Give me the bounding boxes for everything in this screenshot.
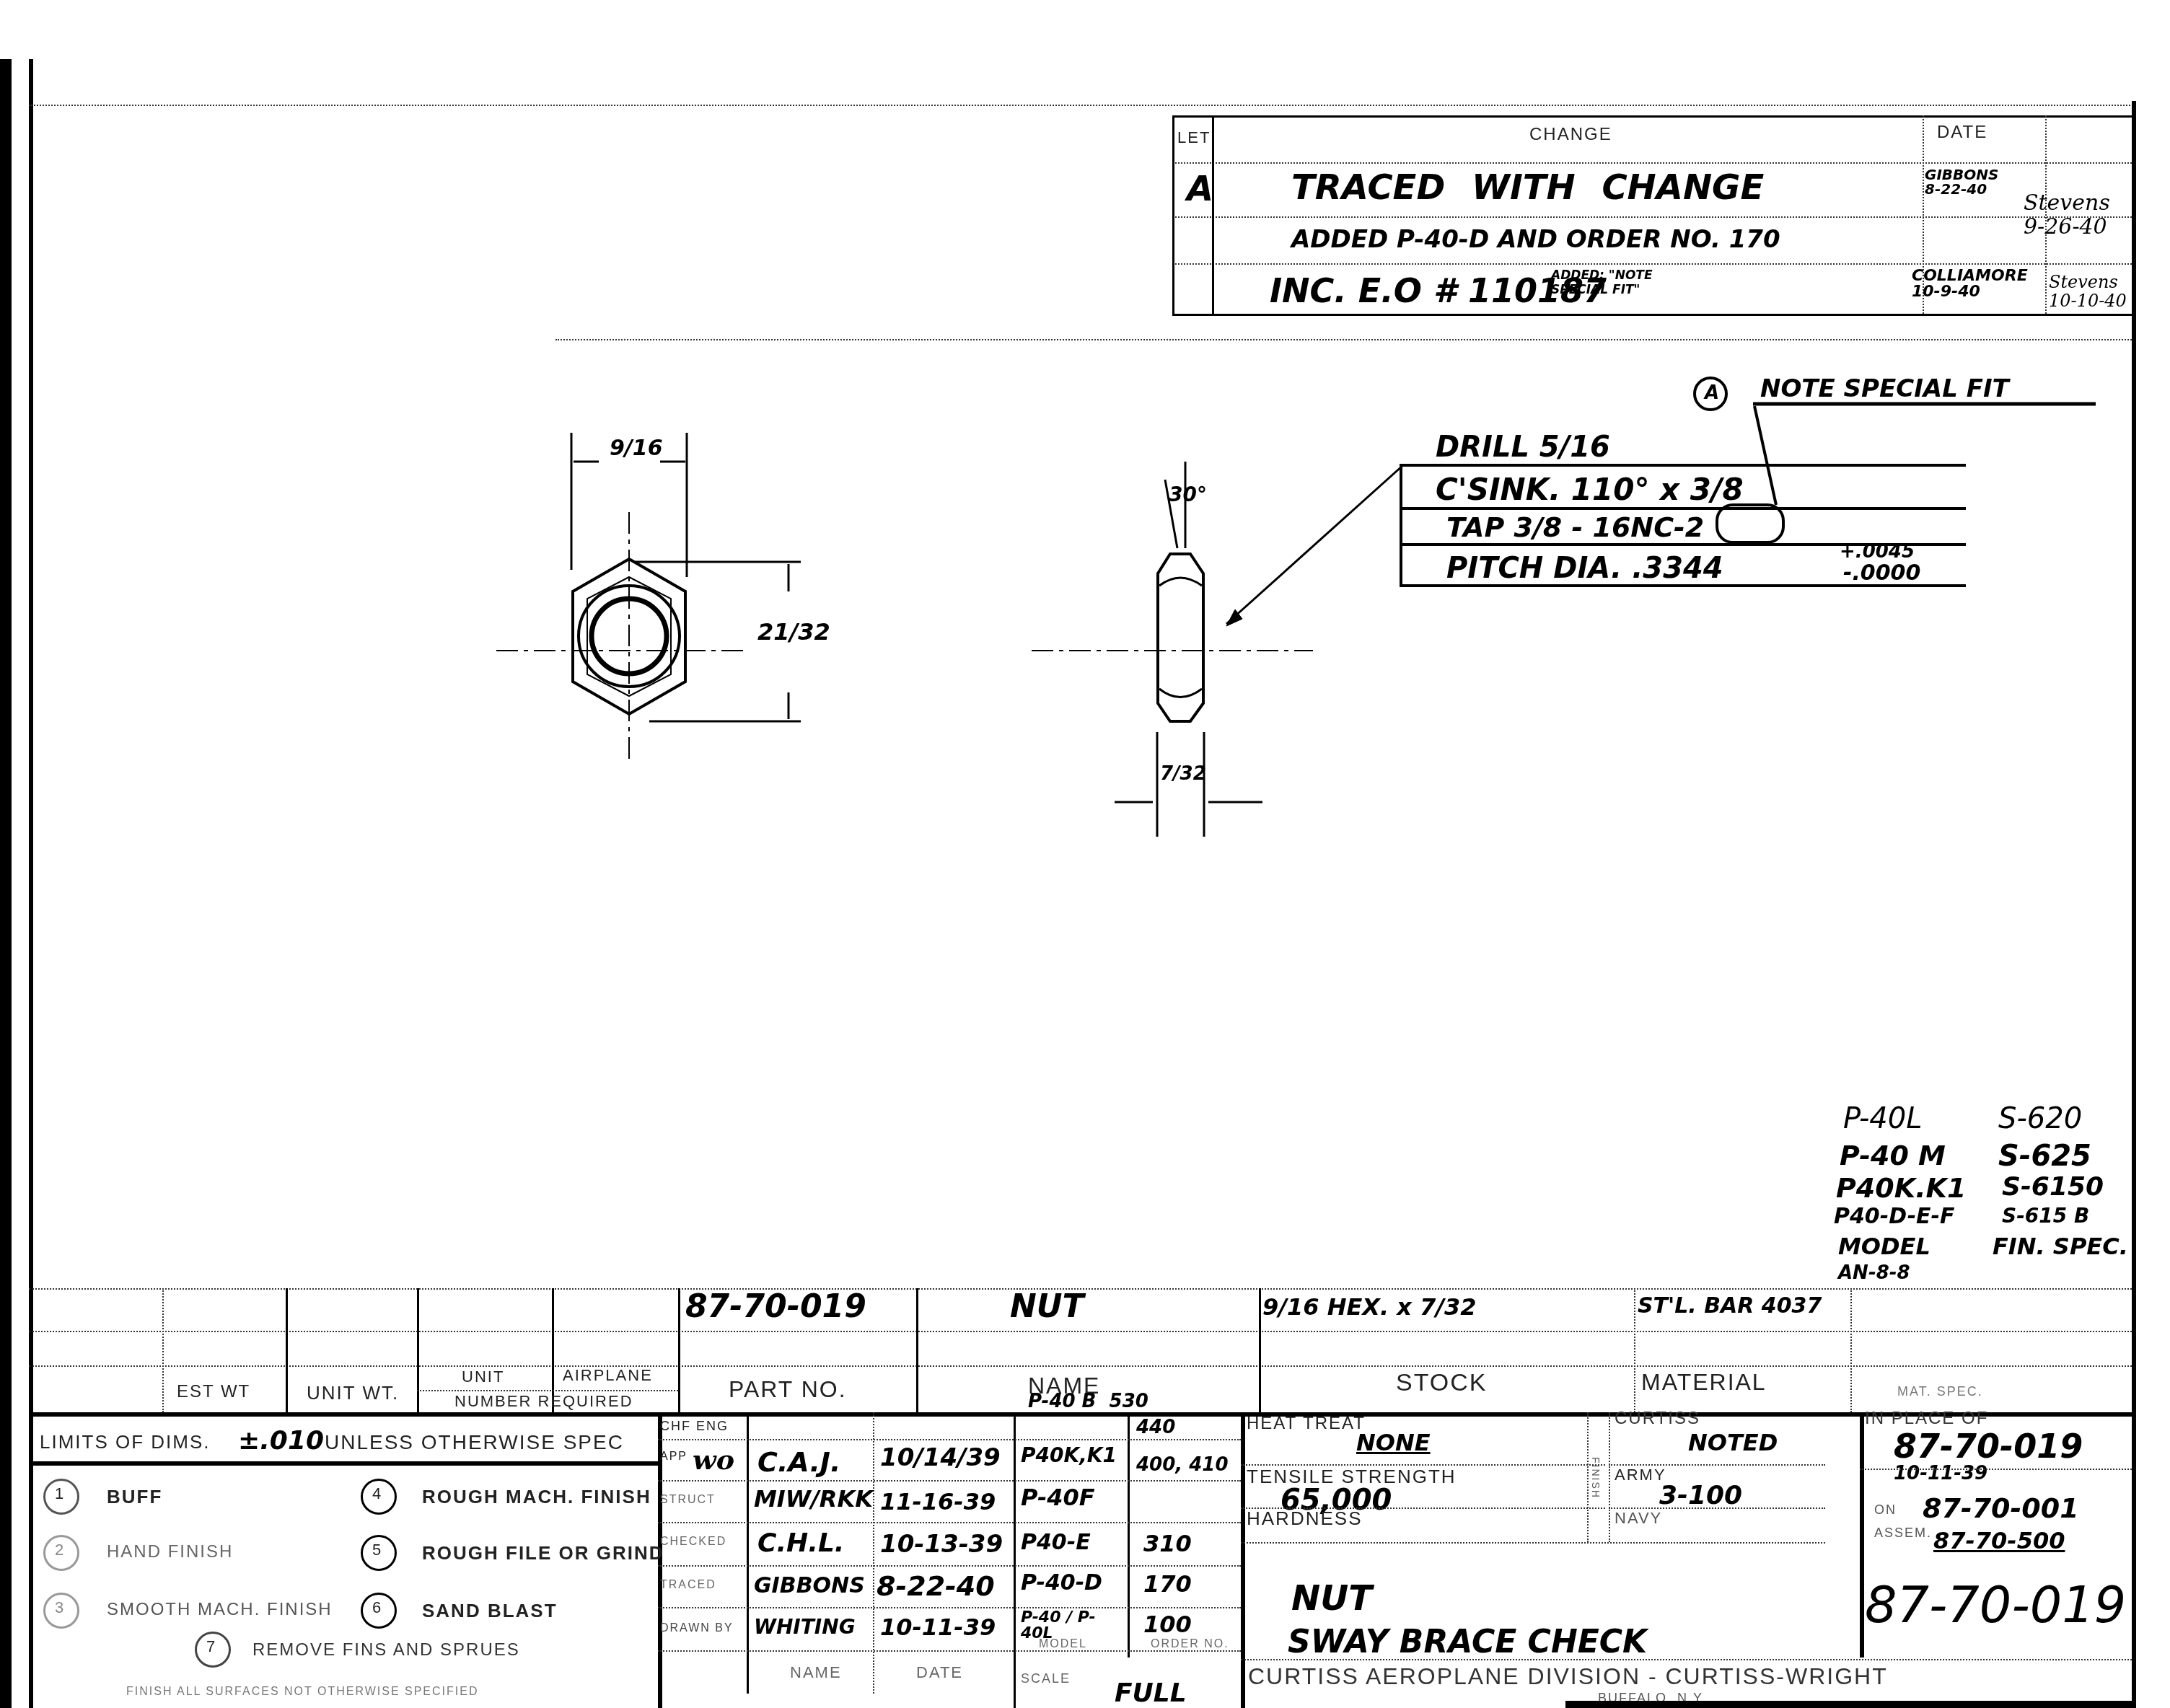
finish-num-6: 6 bbox=[372, 1600, 382, 1616]
limits-prefix: LIMITS OF DIMS. bbox=[40, 1432, 211, 1451]
used-on-label: ON bbox=[1874, 1503, 1897, 1516]
order-1: 440 bbox=[1136, 1418, 1237, 1437]
in-place-of-date: 10-11-39 bbox=[1894, 1464, 1987, 1483]
part-number-value: 87-70-019 bbox=[685, 1291, 866, 1323]
scale-label: SCALE bbox=[1021, 1672, 1071, 1685]
finish-label-3: SMOOTH MACH. FINISH bbox=[107, 1601, 333, 1619]
header-number-required: NUMBER REQUIRED bbox=[454, 1394, 633, 1409]
spec-row-2: S-625 bbox=[1998, 1142, 2091, 1171]
traced-date: 8-22-40 bbox=[877, 1572, 995, 1600]
callout-pitch-dia: PITCH DIA. .3344 bbox=[1446, 554, 1723, 583]
role-drawn-by: DRAWN BY bbox=[660, 1623, 734, 1634]
struct-name: MIW/RKK bbox=[754, 1487, 873, 1510]
dim-chamfer-30: 30° bbox=[1169, 485, 1207, 505]
finish-note: FINISH ALL SURFACES NOT OTHERWISE SPECIF… bbox=[126, 1686, 478, 1698]
header-est-wt: EST WT bbox=[177, 1383, 250, 1401]
curtiss-value: NOTED bbox=[1688, 1431, 1778, 1454]
header-airplane: AIRPLANE bbox=[563, 1368, 653, 1383]
navy-label: NAVY bbox=[1615, 1510, 1662, 1526]
dim-thickness-7-32: 7/32 bbox=[1160, 765, 1206, 783]
model-1: P40K,K1 bbox=[1021, 1445, 1117, 1466]
note-marker-a: A bbox=[1705, 384, 1719, 402]
army-value: 3-100 bbox=[1659, 1483, 1742, 1509]
finish-label-2: HAND FINISH bbox=[107, 1544, 233, 1561]
footer-date: DATE bbox=[916, 1665, 963, 1681]
note-special-fit: NOTE SPECIAL FIT bbox=[1760, 377, 2009, 401]
finish-vertical-label: FINISH bbox=[1591, 1457, 1601, 1499]
role-checked: CHECKED bbox=[660, 1536, 726, 1548]
checked-date: 10-13-39 bbox=[880, 1532, 1003, 1557]
model-order-top: P-40 B 530 bbox=[1028, 1392, 1148, 1411]
group-label: GROUP ORD. ARMAMENT bbox=[1645, 1702, 1943, 1708]
in-place-of-label: IN PLACE OF bbox=[1865, 1410, 1988, 1427]
finish-label-1: BUFF bbox=[107, 1487, 162, 1506]
finish-num-3: 3 bbox=[55, 1600, 65, 1616]
struct-date: 11-16-39 bbox=[880, 1490, 996, 1513]
model-row-4: P40-D-E-F bbox=[1834, 1206, 1955, 1228]
used-on-value: 87-70-001 bbox=[1923, 1494, 2079, 1522]
model-row-1: P-40L bbox=[1843, 1102, 1923, 1135]
hardness-label: HARDNESS bbox=[1247, 1509, 1362, 1528]
an-reference: AN-8-8 bbox=[1838, 1264, 1910, 1282]
role-struct: STRUCT bbox=[660, 1494, 716, 1506]
finish-num-1: 1 bbox=[55, 1486, 65, 1502]
limits-suffix: UNLESS OTHERWISE SPEC bbox=[325, 1432, 624, 1453]
callout-tol-plus: +.0045 bbox=[1840, 542, 1915, 561]
header-unit-wt: UNIT WT. bbox=[307, 1383, 399, 1402]
header-unit: UNIT bbox=[462, 1369, 504, 1385]
title-line-1: NUT bbox=[1291, 1581, 1372, 1616]
app-initials: wo bbox=[693, 1446, 734, 1474]
checked-name: C.H.L. bbox=[757, 1531, 845, 1557]
model-header: MODEL bbox=[1838, 1235, 1930, 1258]
header-part-no: PART NO. bbox=[729, 1378, 847, 1401]
stock-value: 9/16 HEX. x 7/32 bbox=[1262, 1295, 1477, 1319]
role-traced: TRACED bbox=[660, 1580, 716, 1591]
company-name: CURTISS AEROPLANE DIVISION - CURTISS-WRI… bbox=[1248, 1665, 1888, 1688]
header-material: MATERIAL bbox=[1641, 1370, 1767, 1394]
callout-tap: TAP 3/8 - 16NC-2 bbox=[1446, 514, 1704, 541]
order-4: 170 bbox=[1143, 1572, 1192, 1595]
order-5: 100 bbox=[1143, 1613, 1192, 1636]
model-4: P-40-D bbox=[1021, 1572, 1102, 1594]
role-chf-eng: CHF ENG bbox=[660, 1419, 729, 1432]
app-name: C.A.J. bbox=[757, 1448, 840, 1476]
dim-width-9-16: 9/16 bbox=[610, 437, 650, 460]
header-stock: STOCK bbox=[1396, 1370, 1488, 1395]
spec-row-1: S-620 bbox=[1998, 1102, 2082, 1135]
drawn-name: WHITING bbox=[754, 1617, 856, 1637]
curtiss-label: CURTISS bbox=[1615, 1410, 1700, 1427]
spec-row-3: S-6150 bbox=[2002, 1174, 2104, 1200]
limits-value: ±.010 bbox=[238, 1428, 324, 1454]
spec-row-4: S-615 B bbox=[2002, 1206, 2089, 1226]
finish-num-2: 2 bbox=[55, 1542, 65, 1558]
dim-height-21-32: 21/32 bbox=[757, 620, 830, 643]
order-3: 310 bbox=[1143, 1532, 1192, 1555]
scale-value: FULL bbox=[1115, 1681, 1187, 1707]
callout-csink: C'SINK. 110° x 3/8 bbox=[1436, 475, 1744, 505]
army-label: ARMY bbox=[1615, 1467, 1666, 1483]
header-order: ORDER NO. bbox=[1151, 1639, 1229, 1650]
role-app: APP bbox=[660, 1451, 688, 1463]
part-name-value: NUT bbox=[1010, 1291, 1084, 1323]
finish-num-5: 5 bbox=[372, 1542, 382, 1558]
order-2: 400, 410 bbox=[1136, 1456, 1228, 1474]
model-row-3: P40K.K1 bbox=[1836, 1174, 1967, 1202]
model-2: P-40F bbox=[1021, 1486, 1095, 1509]
callout-tol-minus: -.0000 bbox=[1843, 563, 1920, 584]
finish-num-7: 7 bbox=[206, 1639, 216, 1655]
heat-treat-value: NONE bbox=[1356, 1431, 1431, 1454]
heat-treat-label: HEAT TREAT bbox=[1247, 1415, 1366, 1432]
assem-value: 87-70-500 bbox=[1933, 1529, 2065, 1552]
finish-label-5: ROUGH FILE OR GRIND bbox=[422, 1544, 664, 1562]
finish-label-6: SAND BLAST bbox=[422, 1601, 558, 1620]
callout-drill: DRILL 5/16 bbox=[1436, 433, 1610, 462]
drawing-number: 87-70-019 bbox=[1865, 1580, 2126, 1630]
model-row-2: P-40 M bbox=[1840, 1142, 1946, 1169]
finish-label-7: REMOVE FINS AND SPRUES bbox=[252, 1642, 520, 1659]
model-5: P-40 / P-40L bbox=[1021, 1610, 1122, 1642]
spec-header: FIN. SPEC. bbox=[1993, 1235, 2128, 1258]
drawn-date: 10-11-39 bbox=[880, 1616, 996, 1639]
finish-label-4: ROUGH MACH. FINISH bbox=[422, 1487, 651, 1506]
header-mat-spec: MAT. SPEC. bbox=[1897, 1385, 1983, 1398]
in-place-of-value: 87-70-019 bbox=[1894, 1430, 2083, 1463]
header-model: MODEL bbox=[1039, 1639, 1087, 1650]
footer-name: NAME bbox=[790, 1665, 842, 1681]
assem-label: ASSEM. bbox=[1874, 1526, 1932, 1539]
title-line-2: SWAY BRACE CHECK bbox=[1288, 1626, 1647, 1658]
traced-name: GIBBONS bbox=[754, 1575, 865, 1597]
finish-num-4: 4 bbox=[372, 1486, 382, 1502]
app-date: 10/14/39 bbox=[880, 1445, 1001, 1470]
model-3: P40-E bbox=[1021, 1532, 1091, 1554]
material-value: ST'L. BAR 4037 bbox=[1638, 1295, 1822, 1317]
